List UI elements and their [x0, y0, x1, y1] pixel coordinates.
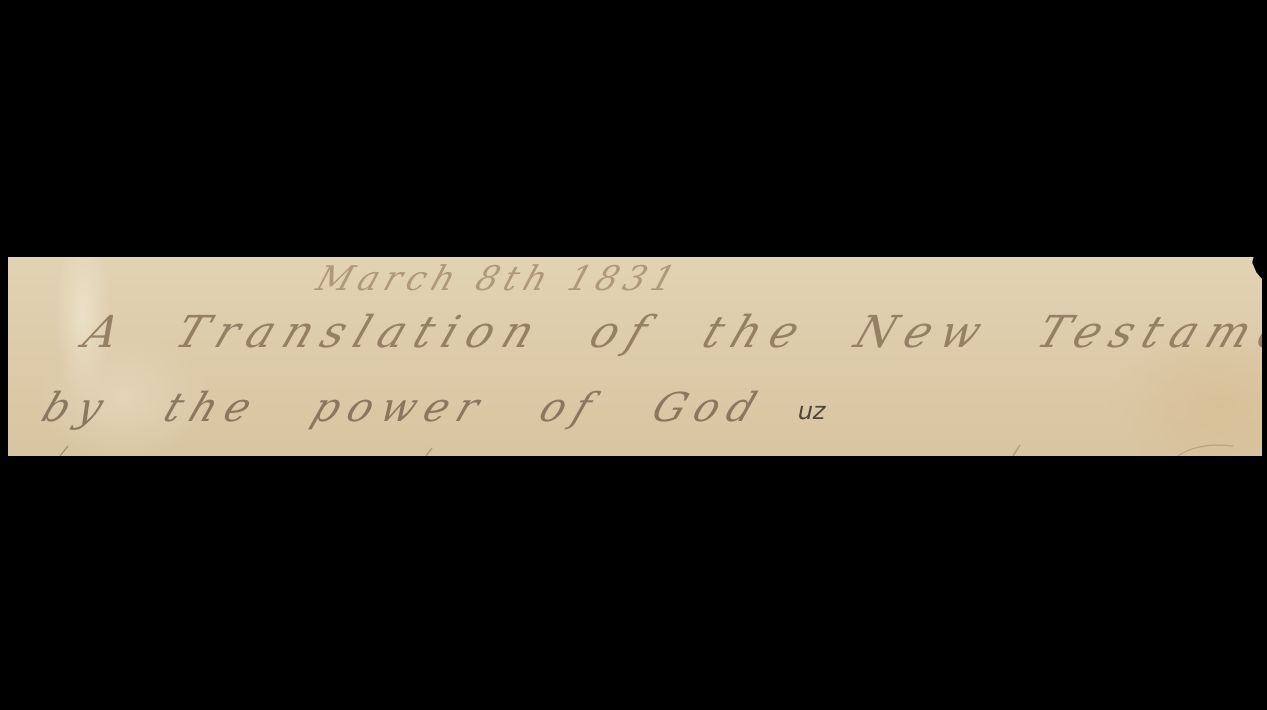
scan-canvas: March 8th 1831 A Translation of the New …: [0, 0, 1267, 710]
sub-word: by: [36, 385, 119, 431]
sub-word: of: [533, 385, 607, 431]
title-word: A: [77, 307, 137, 358]
title-word: New: [848, 307, 999, 358]
handwritten-title-line: A Translation of the New Testament trans…: [77, 307, 1262, 358]
title-word: the: [696, 307, 817, 358]
title-word: Translation: [169, 307, 552, 358]
manuscript-paper-strip: March 8th 1831 A Translation of the New …: [8, 257, 1262, 456]
pencil-annotation: uz: [795, 397, 829, 425]
sub-word: power: [306, 385, 494, 431]
sub-word: the: [158, 385, 267, 431]
title-word: of: [583, 307, 664, 358]
sub-word: God: [646, 385, 771, 431]
cut-off-ink-strokes: [8, 442, 1262, 456]
title-word: Testament: [1030, 307, 1262, 358]
handwritten-sub-line: by the power of God: [36, 385, 806, 431]
handwritten-date: March 8th 1831: [312, 259, 687, 299]
